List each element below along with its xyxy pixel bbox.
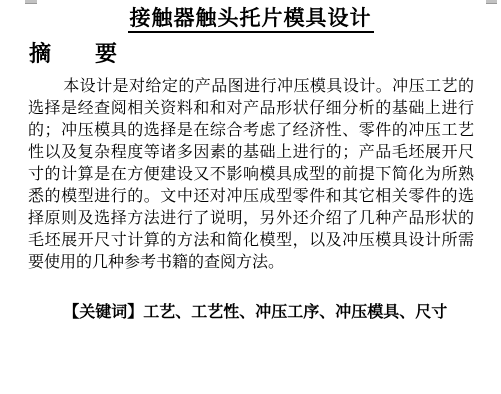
top-edge-fragment-left — [25, 0, 37, 4]
abstract-heading: 摘 要 — [29, 40, 501, 68]
keywords-text: 工艺、工艺性、冲压工序、冲压模具、尺寸 — [143, 304, 447, 321]
abstract-paragraph: 本设计是对给定的产品图进行冲压模具设计。冲压工艺的选择是经查阅相关资料和和对产品… — [28, 76, 474, 274]
top-edge-fragment-right — [486, 0, 497, 4]
document-title-text: 接触器触头托片模具设计 — [128, 7, 374, 33]
keywords-label: 【关键词】 — [63, 304, 143, 321]
document-title: 接触器触头托片模具设计 — [0, 0, 501, 33]
document-page: 接触器触头托片模具设计 摘 要 本设计是对给定的产品图进行冲压模具设计。冲压工艺… — [0, 0, 501, 394]
keywords-line: 【关键词】工艺、工艺性、冲压工序、冲压模具、尺寸 — [28, 302, 474, 324]
